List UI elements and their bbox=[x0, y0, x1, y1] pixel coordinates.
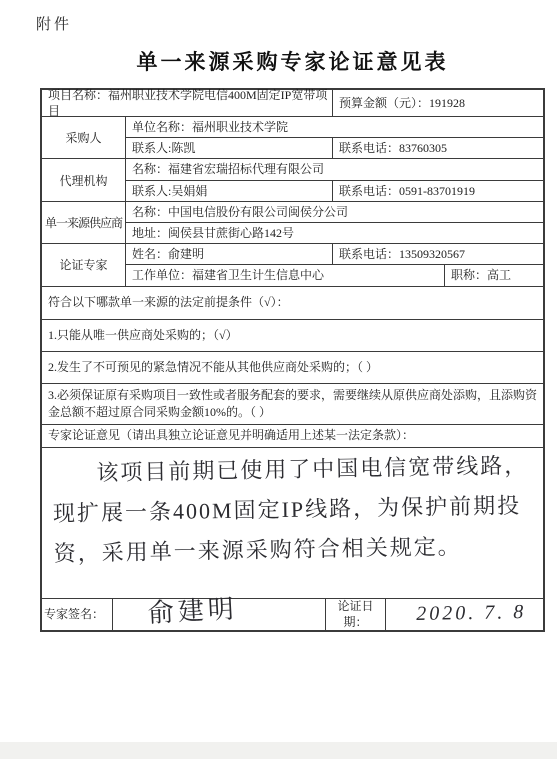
condition-1-cell: 1.只能从唯一供应商处采购的；（√） bbox=[42, 320, 543, 351]
date-label: 论证日期： bbox=[325, 599, 385, 630]
purchaser-contact-cell: 联系人:陈凯 bbox=[126, 138, 332, 158]
condition-3-row: 3.必须保证原有采购项目一致性或者服务配套的要求，需要继续从原供应商处添购，且添… bbox=[42, 383, 543, 424]
signature-area: 俞建明 bbox=[112, 599, 325, 630]
supplier-group-row: 单一来源供应商 名称：中国电信股份有限公司闽侯分公司 地址：闽侯县甘蔗街心路14… bbox=[42, 201, 543, 243]
supplier-address-cell: 地址：闽侯县甘蔗街心路142号 bbox=[126, 223, 543, 243]
signature-label: 专家签名： bbox=[42, 599, 112, 630]
condition-1-row: 1.只能从唯一供应商处采购的；（√） bbox=[42, 319, 543, 351]
condition-2-cell: 2.发生了不可预见的紧急情况不能从其他供应商处采购的；（ ） bbox=[42, 352, 543, 383]
handwritten-signature: 俞建明 bbox=[147, 592, 239, 632]
opinion-header-cell: 专家论证意见（请出具独立论证意见并明确适用上述某一法定条款）： bbox=[42, 425, 543, 447]
handwritten-opinion-text: 该项目前期已使用了中国电信宽带线路，现扩展一条400M固定IP线路，为保护前期投… bbox=[52, 448, 535, 574]
agency-phone-cell: 联系电话：0591-83701919 bbox=[332, 181, 543, 201]
expert-phone-cell: 联系电话：13509320567 bbox=[332, 244, 543, 264]
purchaser-group-row: 采购人 单位名称：福州职业技术学院 联系人:陈凯 联系电话：83760305 bbox=[42, 116, 543, 158]
expert-group-label: 论证专家 bbox=[42, 244, 125, 285]
supplier-name-cell: 名称：中国电信股份有限公司闽侯分公司 bbox=[126, 202, 543, 222]
expert-name-cell: 姓名：俞建明 bbox=[126, 244, 332, 264]
opinion-form-table: 项目名称：福州职业技术学院电信400M固定IP宽带项目 预算金额（元）：1919… bbox=[40, 88, 545, 632]
agency-group-row: 代理机构 名称：福建省宏瑞招标代理有限公司 联系人:吴娟娟 联系电话：0591-… bbox=[42, 158, 543, 200]
opinion-header-row: 专家论证意见（请出具独立论证意见并明确适用上述某一法定条款）： bbox=[42, 424, 543, 447]
project-row: 项目名称：福州职业技术学院电信400M固定IP宽带项目 预算金额（元）：1919… bbox=[42, 90, 543, 116]
agency-group-label: 代理机构 bbox=[42, 159, 125, 200]
purchaser-phone-cell: 联系电话：83760305 bbox=[332, 138, 543, 158]
handwritten-date: 2020. 7. 8 bbox=[416, 599, 526, 628]
opinion-body-row: 该项目前期已使用了中国电信宽带线路，现扩展一条400M固定IP线路，为保护前期投… bbox=[42, 447, 543, 598]
agency-contact-cell: 联系人:吴娟娟 bbox=[126, 181, 332, 201]
scanned-document-page: 附件 单一来源采购专家论证意见表 项目名称：福州职业技术学院电信400M固定IP… bbox=[0, 0, 557, 759]
opinion-body-cell: 该项目前期已使用了中国电信宽带线路，现扩展一条400M固定IP线路，为保护前期投… bbox=[42, 448, 543, 598]
signature-row: 专家签名： 俞建明 论证日期： 2020. 7. 8 bbox=[42, 598, 543, 630]
page-title: 单一来源采购专家论证意见表 bbox=[40, 46, 545, 76]
condition-3-cell: 3.必须保证原有采购项目一致性或者服务配套的要求，需要继续从原供应商处添购，且添… bbox=[42, 384, 543, 424]
conditions-header-row: 符合以下哪款单一来源的法定前提条件（√）： bbox=[42, 286, 543, 319]
scan-edge-shadow bbox=[0, 742, 557, 759]
budget-cell: 预算金额（元）：191928 bbox=[332, 90, 543, 116]
project-name-cell: 项目名称：福州职业技术学院电信400M固定IP宽带项目 bbox=[42, 90, 332, 116]
conditions-header-cell: 符合以下哪款单一来源的法定前提条件（√）： bbox=[42, 287, 543, 319]
attachment-label: 附件 bbox=[36, 13, 72, 34]
expert-jobtitle-cell: 职称：高工 bbox=[444, 265, 543, 285]
expert-group-row: 论证专家 姓名：俞建明 联系电话：13509320567 工作单位：福建省卫生计… bbox=[42, 243, 543, 285]
purchaser-group-label: 采购人 bbox=[42, 117, 125, 158]
purchaser-unit-cell: 单位名称：福州职业技术学院 bbox=[126, 117, 543, 137]
expert-workunit-cell: 工作单位：福建省卫生计生信息中心 bbox=[126, 265, 444, 285]
date-area: 2020. 7. 8 bbox=[385, 599, 543, 630]
supplier-group-label: 单一来源供应商 bbox=[42, 202, 125, 243]
condition-2-row: 2.发生了不可预见的紧急情况不能从其他供应商处采购的；（ ） bbox=[42, 351, 543, 383]
agency-name-cell: 名称：福建省宏瑞招标代理有限公司 bbox=[126, 159, 543, 179]
